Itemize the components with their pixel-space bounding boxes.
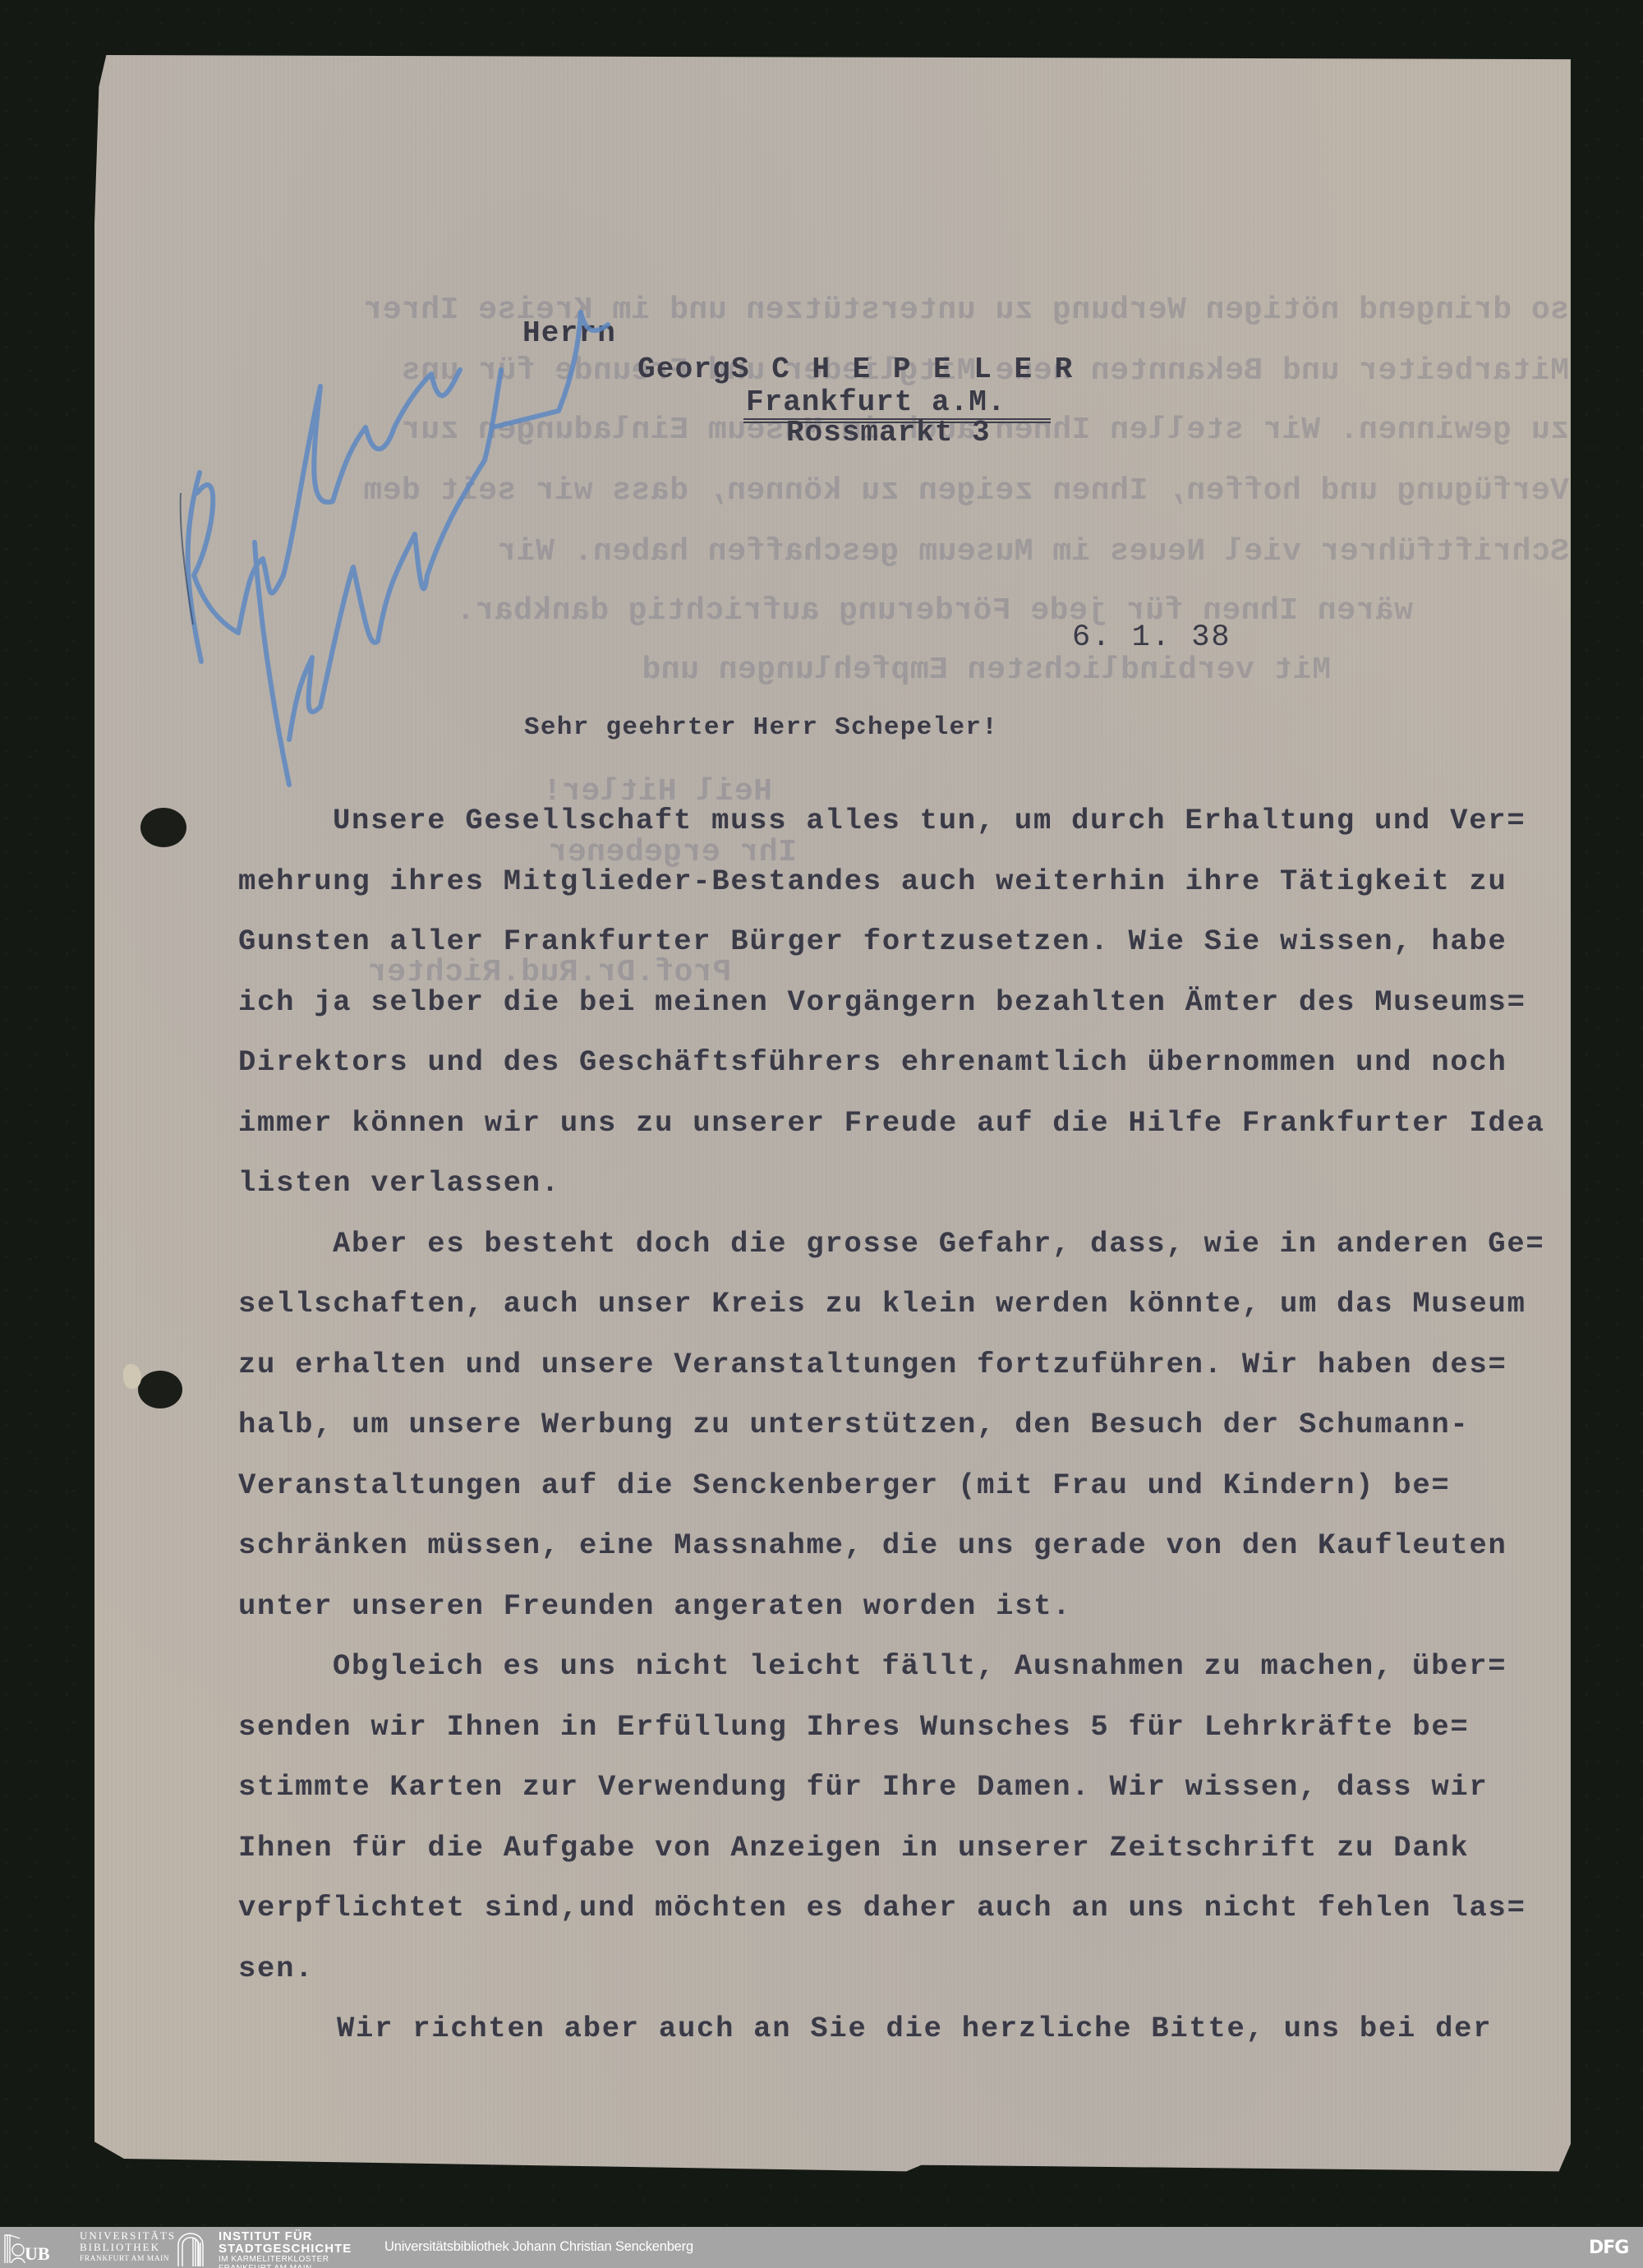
letter-date: 6. 1. 38 <box>1072 620 1231 655</box>
body-line: halb, um unsere Werbung zu unterstützen,… <box>238 1408 1469 1441</box>
show-through-line: wären Ihnen für jede Förderung aufrichti… <box>427 593 1413 629</box>
recipient-street: Rossmarkt 3 <box>786 416 991 449</box>
body-line: mehrung ihres Mitglieder-Bestandes auch … <box>238 864 1507 898</box>
ub-library-logo-icon: UB <box>3 2232 53 2265</box>
body-line: Gunsten aller Frankfurter Bürger fortzus… <box>238 924 1507 958</box>
svg-text:UB: UB <box>25 2243 50 2264</box>
body-line: listen verlassen. <box>238 1166 560 1200</box>
body-line: sellschaften, auch unser Kreis zu klein … <box>238 1287 1526 1321</box>
body-line: Veranstaltungen auf die Senckenberger (m… <box>238 1468 1450 1502</box>
dfg-logo: DFG <box>1589 2238 1628 2258</box>
body-line: Direktors und des Geschäftsführers ehren… <box>238 1045 1507 1079</box>
institute-arch-logo-icon <box>176 2232 205 2266</box>
body-line: unter unseren Freunden angeraten worden … <box>238 1589 1071 1623</box>
ub-name-line-2: BIBLIOTHEK <box>80 2242 176 2253</box>
body-line: Obgleich es uns nicht leicht fällt, Ausn… <box>333 1649 1507 1683</box>
ub-name-line-1: UNIVERSITÄTS <box>80 2230 176 2242</box>
isg-line-1: INSTITUT FÜR <box>219 2230 352 2243</box>
institute-name: INSTITUT FÜR STADTGESCHICHTE IM KARMELIT… <box>219 2230 352 2268</box>
show-through-line: Mit verbindlichsten Empfehlungen und <box>674 652 1331 688</box>
body-line: Ihnen für die Aufgabe von Anzeigen in un… <box>238 1831 1469 1865</box>
body-line: stimmte Karten zur Verwendung für Ihre D… <box>238 1770 1489 1804</box>
recipient-first-name: Georg <box>637 353 731 386</box>
body-line: Wir richten aber auch an Sie die herzlic… <box>337 2012 1492 2045</box>
body-line: Aber es besteht doch die grosse Gefahr, … <box>333 1227 1544 1261</box>
isg-line-2: STADTGESCHICHTE <box>219 2243 352 2255</box>
body-line: verpflichtet sind,und möchten es daher a… <box>238 1891 1526 1925</box>
body-line: zu erhalten und unsere Veranstaltungen f… <box>238 1348 1507 1381</box>
isg-line-4: FRANKFURT AM MAIN <box>219 2264 352 2268</box>
body-line: schränken müssen, eine Massnahme, die un… <box>238 1528 1507 1562</box>
address-salutation: Herrn <box>522 316 616 350</box>
body-line: immer können wir uns zu unserer Freude a… <box>238 1106 1545 1140</box>
ub-library-name: UNIVERSITÄTS BIBLIOTHEK FRANKFURT AM MAI… <box>80 2230 176 2265</box>
show-through-line: Verfügung und hoffen, Ihnen zeigen zu kö… <box>99 473 1569 509</box>
body-line: Unsere Gesellschaft muss alles tun, um d… <box>333 804 1526 837</box>
recipient-last-name: S C H E P E L E R <box>731 353 1075 386</box>
footer-bar: UB UNIVERSITÄTS BIBLIOTHEK FRANKFURT AM … <box>0 2227 1643 2268</box>
recipient-city: Frankfurt a.M. <box>746 385 1006 419</box>
isg-line-3: IM KARMELITERKLOSTER <box>219 2255 352 2264</box>
show-through-line: so dringend nötigen Werbung zu unterstüt… <box>99 293 1569 328</box>
letter-greeting: Sehr geehrter Herr Schepeler! <box>524 713 998 742</box>
show-through-line: Schriftführer viel Neues im Museum gesch… <box>99 534 1569 569</box>
ub-name-line-3: FRANKFURT AM MAIN <box>80 2253 176 2265</box>
body-line: sen. <box>238 1952 314 1985</box>
library-credit: Universitätsbibliothek Johann Christian … <box>384 2239 693 2255</box>
body-line: ich ja selber die bei meinen Vorgängern … <box>238 985 1526 1019</box>
body-line: senden wir Ihnen in Erfüllung Ihres Wuns… <box>238 1710 1469 1744</box>
